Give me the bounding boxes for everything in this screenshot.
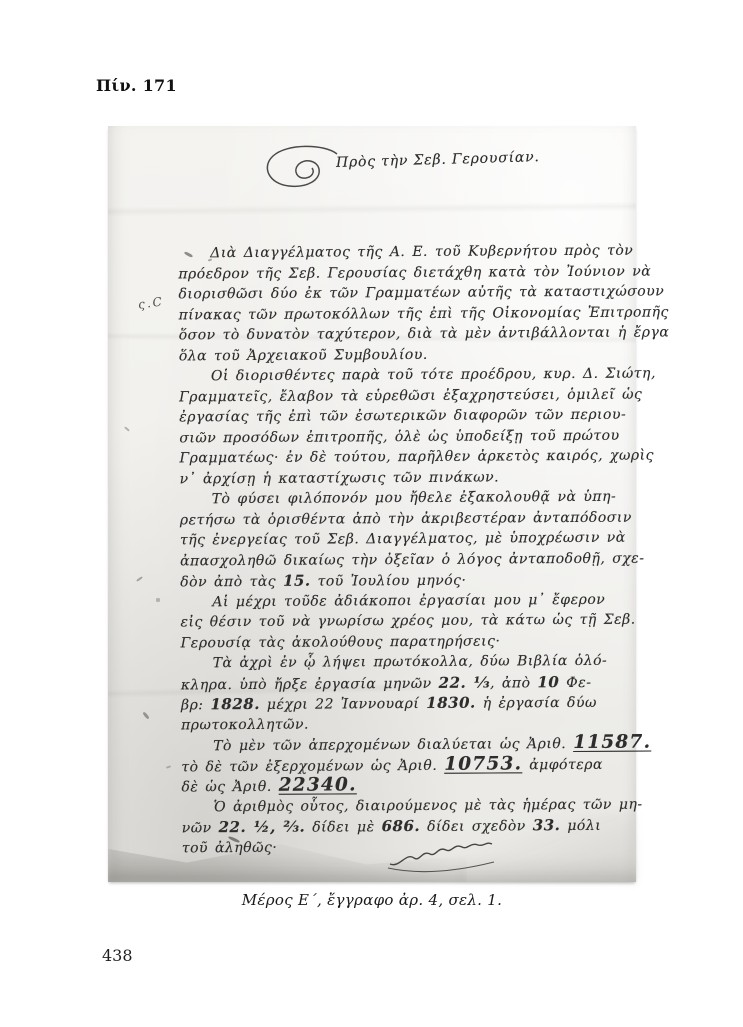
manuscript-line: πρόεδρον τῆς Σεβ. Γερουσίας διετάχθη κατ… (178, 261, 640, 284)
manuscript-line: νῶν 22. ½, ⅔. δίδει μὲ 686. δίδει σχεδὸν… (182, 815, 644, 838)
ink-speck (156, 598, 160, 602)
manuscript-line: ν᾽ ἀρχίσῃ ἡ καταστίχωσις τῶν πινάκων. (180, 466, 642, 489)
manuscript-line: ἀπασχοληθῶ δικαίως τὴν ὀξεῖαν ὁ λόγος ἀν… (180, 548, 642, 571)
paper-crease (108, 201, 636, 217)
manuscript-line: ρετήσω τὰ ὁρισθέντα ἀπὸ τὴν ἀκριβεστέραν… (180, 507, 642, 530)
manuscript-line: ὅσον τὸ δυνατὸν ταχύτερον, διὰ τὰ μὲν ἀν… (179, 323, 641, 346)
page-number: 438 (102, 946, 133, 965)
plate-label: Πίν. 171 (96, 76, 177, 95)
signature-flourish (386, 838, 501, 874)
manuscript-line: Οἱ διορισθέντες παρὰ τοῦ τότε προέδρου, … (179, 364, 641, 387)
manuscript-line: Αἱ μέχρι τοῦδε ἀδιάκοποι ἐργασίαι μου μ᾽… (180, 589, 642, 612)
manuscript-line: Γραμματέως· ἐν δὲ τούτου, παρῆλθεν ἀρκετ… (179, 446, 641, 469)
ink-speck (142, 711, 149, 719)
manuscript-line: πίνακας τῶν πρωτοκόλλων τῆς ἐπὶ τῆς Οἰκο… (179, 302, 641, 325)
figure-caption: Μέρος Ε΄, ἔγγραφο ἀρ. 4, σελ. 1. (108, 891, 636, 909)
header-flourish-icon (263, 142, 343, 192)
manuscript-line: διορισθῶσι δύο ἐκ τῶν Γραμματέων αὐτῆς τ… (178, 282, 640, 305)
manuscript-line: τῆς ἐνεργείας τοῦ Σεβ. Διαγγέλματος, μὲ … (180, 528, 642, 551)
manuscript-line: ὅλα τοῦ Ἀρχειακοῦ Συμβουλίου. (179, 343, 641, 366)
manuscript-line: ἐργασίας τῆς ἐπὶ τῶν ἐσωτερικῶν διαφορῶν… (179, 405, 641, 428)
ink-speck (124, 426, 130, 431)
manuscript-line: Τὰ ἀχρὶ ἐν ᾧ λήψει πρωτόκολλα, δύω Βιβλί… (181, 651, 643, 674)
manuscript-line: Γραμματεῖς, ἔλαβον τὰ εὑρεθῶσι ἐξαχρηστε… (179, 384, 641, 407)
ink-speck (136, 576, 143, 582)
manuscript-heading: Πρὸς τὴν Σεβ. Γερουσίαν. (336, 149, 540, 171)
manuscript-line: Τὸ μὲν τῶν ἀπερχομένων διαλύεται ὡς Ἀριθ… (181, 733, 643, 756)
manuscript-line: δὸν ἀπὸ τὰς 15. τοῦ Ἰουλίου μηνός· (180, 569, 642, 592)
ink-speck (166, 765, 171, 769)
manuscript-line: βρ: 1828. μέχρι 22 Ἰαννουαρί 1830. ἡ ἐργ… (181, 692, 643, 715)
manuscript-line: κληρα. ὑπὸ ἤρξε ἐργασία μηνῶν 22. ⅓, ἀπὸ… (181, 671, 643, 694)
manuscript-line: Ὁ ἀριθμὸς οὗτος, διαιρούμενος μὲ τὰς ἡμέ… (182, 794, 644, 817)
manuscript-line: σιῶν προσόδων ἐπιτροπῆς, ὁλὲ ὡς ὑποδείξῃ… (179, 425, 641, 448)
margin-ink-mark: ς.C (137, 294, 164, 311)
manuscript-photo: Πρὸς τὴν Σεβ. Γερουσίαν. Διὰ Διαγγέλματο… (108, 126, 636, 882)
manuscript-line: Διὰ Διαγγέλματος τῆς Α. Ε. τοῦ Κυβερνήτο… (178, 241, 640, 264)
manuscript-line: δὲ ὡς Ἀριθ. 22340. (181, 774, 643, 797)
manuscript-line: εἰς θέσιν τοῦ νὰ γνωρίσω χρέος μου, τὰ κ… (180, 610, 642, 633)
manuscript-line: τὸ δὲ τῶν ἐξερχομένων ὡς Ἀριθ. 10753. ἀμ… (181, 753, 643, 776)
manuscript-body: Διὰ Διαγγέλματος τῆς Α. Ε. τοῦ Κυβερνήτο… (178, 241, 644, 859)
manuscript-line: Τὸ φύσει φιλόπονόν μου ἤθελε ἐξακολουθᾷ … (180, 487, 642, 510)
book-page: Πίν. 171 Πρὸς τὴν Σεβ. Γερουσίαν. Διὰ Δι… (0, 0, 743, 1027)
manuscript-line: Γερουσίᾳ τὰς ἀκολούθους παρατηρήσεις· (181, 630, 643, 653)
